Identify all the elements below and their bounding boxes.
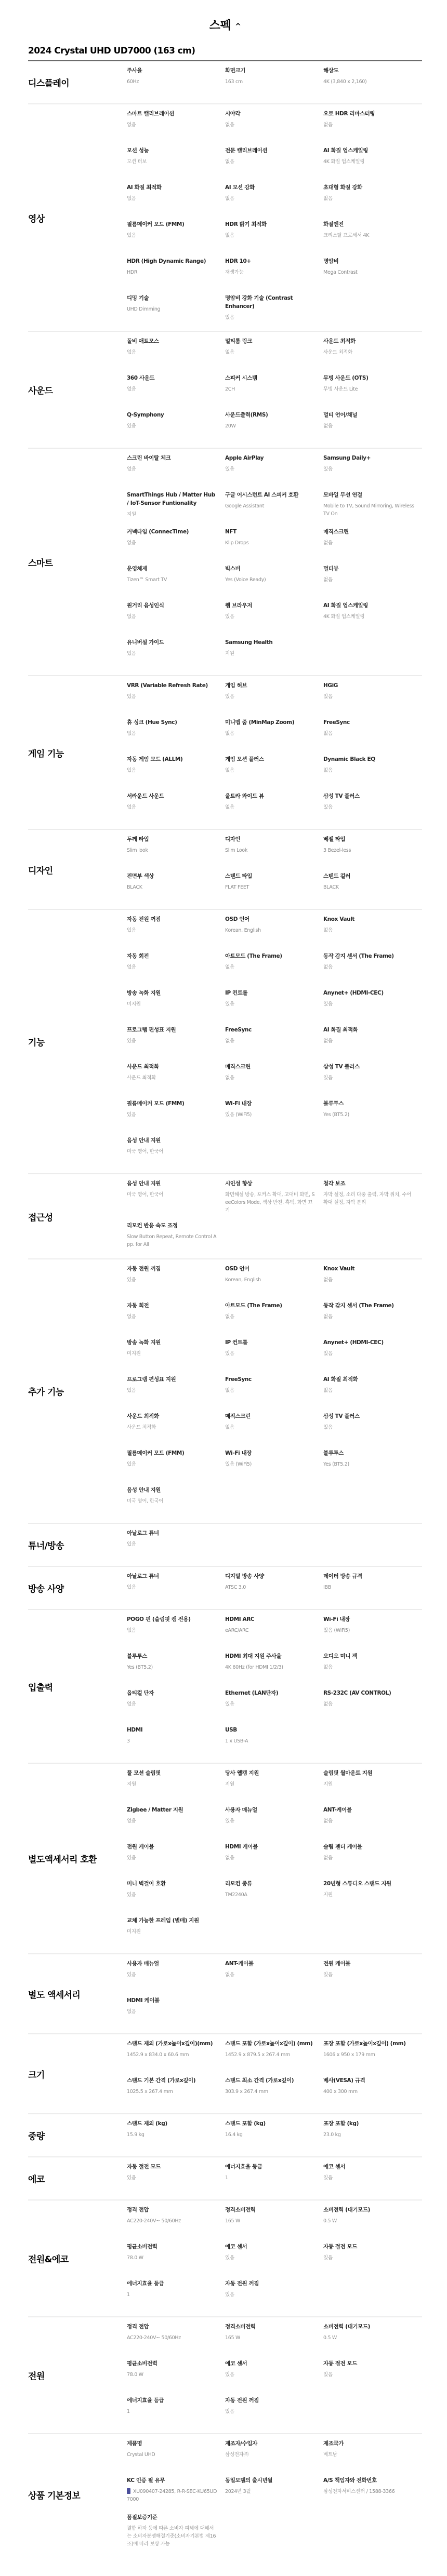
spec-item-label: VRR (Variable Refresh Rate) bbox=[127, 681, 218, 690]
spec-category-label: 방송 사양 bbox=[28, 1572, 127, 1609]
spec-item-label: HGiG bbox=[323, 681, 414, 690]
spec-item: 자동 절전 모드있음 bbox=[323, 2243, 422, 2279]
spec-item-label: 방송 녹화 지원 bbox=[127, 1338, 218, 1347]
spec-item: 음성 안내 지원미국 영어, 한국어 bbox=[127, 1136, 225, 1173]
spec-item: 휴 싱크 (Hue Sync)없음 bbox=[127, 718, 225, 755]
spec-item-label: Wi-Fi 내장 bbox=[225, 1449, 316, 1457]
spec-item-value: 없음 bbox=[127, 348, 218, 356]
spec-item-label: 필름메이커 모드 (FMM) bbox=[127, 220, 218, 229]
spec-item-label: 화질엔진 bbox=[323, 220, 414, 229]
spec-item: 구글 어시스턴트 AI 스피커 호환Google Assistant bbox=[225, 491, 323, 528]
spec-item-label: 블루투스 bbox=[127, 1652, 218, 1660]
spec-item-label: 스탠드 타입 bbox=[225, 872, 316, 880]
spec-item-label: 자동 전원 꺼짐 bbox=[225, 2396, 316, 2405]
spec-item-label: AI 화질 업스케일링 bbox=[323, 601, 414, 610]
spec-item: 스탠드 타입FLAT FEET bbox=[225, 872, 323, 909]
spec-item-value: Klip Drops bbox=[225, 539, 316, 547]
spec-item: 필름메이커 모드 (FMM)있음 bbox=[127, 1449, 225, 1486]
spec-item: 사운드출력(RMS)20W bbox=[225, 411, 323, 448]
spec-item-value: Tizen™ Smart TV bbox=[127, 576, 218, 584]
spec-item: FreeSync없음 bbox=[225, 1026, 323, 1063]
spec-item-value: AC220-240V~ 50/60Hz bbox=[127, 2334, 218, 2342]
spec-item-value: 15.9 kg bbox=[127, 2131, 218, 2139]
spec-item: 소비전력 (대기모드)0.5 W bbox=[323, 2206, 422, 2243]
spec-item-value: 4K (3,840 x 2,160) bbox=[323, 78, 414, 86]
spec-item: Apple AirPlay있음 bbox=[225, 454, 323, 491]
spec-item-label: 자동 절전 모드 bbox=[323, 2243, 414, 2251]
spec-item-value: Google Assistant bbox=[225, 502, 316, 510]
spec-item-label: POGO 핀 (슬림핏 캠 전용) bbox=[127, 1615, 218, 1624]
spec-item: 포장 포함 (가로x높이x깊이) (mm)1606 x 950 x 179 mm bbox=[323, 2040, 422, 2076]
spec-item-label: 매직스크린 bbox=[225, 1063, 316, 1071]
spec-item: HGiG있음 bbox=[323, 681, 422, 718]
spec-section: 에코자동 절전 모드있음에너지효율 등급1에코 센서있음 bbox=[28, 2157, 422, 2201]
spec-item-label: 데이터 방송 규격 bbox=[323, 1572, 414, 1580]
spec-item-label: 에코 센서 bbox=[323, 2163, 414, 2171]
spec-item: 울트라 와이드 뷰없음 bbox=[225, 792, 323, 829]
spec-item-label: 자동 회전 bbox=[127, 1302, 218, 1310]
spec-item-value: 없음 bbox=[225, 1387, 316, 1394]
spec-item: 커넥타임 (ConnecTime)없음 bbox=[127, 528, 225, 565]
spec-item: POGO 핀 (슬림핏 캠 전용)없음 bbox=[127, 1615, 225, 1652]
spec-item: 게임 허브있음 bbox=[225, 681, 323, 718]
spec-item-value: 78.0 W bbox=[127, 2371, 218, 2379]
spec-item-value: 있음 bbox=[127, 767, 218, 774]
spec-item-label: 평균소비전력 bbox=[127, 2243, 218, 2251]
spec-item-value: 없음 bbox=[127, 803, 218, 811]
spec-section: 기능자동 전원 꺼짐있음OSD 언어Korean, EnglishKnox Va… bbox=[28, 910, 422, 1174]
spec-item-label: 사운드 최적화 bbox=[127, 1063, 218, 1071]
spec-item: HDR (High Dynamic Range)HDR bbox=[127, 257, 225, 294]
spec-item-label: HDR 10+ bbox=[225, 257, 316, 265]
spec-item: 화질엔진크리스탈 프로세서 4K bbox=[323, 220, 422, 257]
spec-title[interactable]: 스펙^ bbox=[209, 17, 241, 33]
spec-item-value: 있음 bbox=[323, 2254, 414, 2262]
spec-item-label: 동작 감지 센서 (The Frame) bbox=[323, 952, 414, 960]
spec-item: 스탠드 포함 (가로x높이x깊이) (mm)1452.9 x 879.5 x 2… bbox=[225, 2040, 323, 2076]
spec-item-value: 있음 bbox=[127, 1111, 218, 1119]
spec-item-label: 시인성 향상 bbox=[225, 1179, 316, 1188]
spec-item-value: 재생가능 bbox=[225, 269, 316, 276]
spec-item-value: 165 W bbox=[225, 2334, 316, 2342]
spec-item-value: 있음 bbox=[225, 693, 316, 701]
spec-item-label: 음성 안내 지원 bbox=[127, 1179, 218, 1188]
spec-item: HDMI 케이블없음 bbox=[127, 1996, 225, 2033]
spec-items-grid: 풀 모션 슬림핏지원당사 웹캠 지원지원슬림핏 월마운트 지원지원Zigbee … bbox=[127, 1769, 422, 1953]
spec-category-label: 기능 bbox=[28, 915, 127, 1173]
spec-item: USB1 x USB-A bbox=[225, 1726, 323, 1763]
spec-category-label: 입출력 bbox=[28, 1615, 127, 1763]
spec-item-label: 에코 센서 bbox=[225, 2359, 316, 2368]
spec-item-value: UHD Dimming bbox=[127, 305, 218, 313]
spec-item-value: 크리스탈 프로세서 4K bbox=[323, 232, 414, 239]
spec-category-label: 게임 기능 bbox=[28, 681, 127, 829]
spec-item: 동작 감지 센서 (The Frame)없음 bbox=[323, 952, 422, 989]
spec-item: 주사율60Hz bbox=[127, 66, 225, 103]
spec-item-label: Wi-Fi 내장 bbox=[225, 1099, 316, 1108]
spec-item-label: 스크린 바이탈 체크 bbox=[127, 454, 218, 462]
spec-item-value: 없음 bbox=[127, 963, 218, 971]
spec-item: 모바일 무선 연결Mobile to TV, Sound Mirroring, … bbox=[323, 491, 422, 528]
spec-items-grid: 두께 타입Slim look디자인Slim Look베젤 타입3 Bezel-l… bbox=[127, 835, 422, 909]
spec-section: 영상스마트 캘리브레이션없음시야각없음오토 HDR 리마스터링없음모션 성능모션… bbox=[28, 104, 422, 332]
spec-item-value: 미국 영어, 한국어 bbox=[127, 1148, 218, 1156]
spec-category-label: 전원&에코 bbox=[28, 2206, 127, 2316]
spec-item: 제조국가베트남 bbox=[323, 2439, 422, 2476]
spec-item-value: 0.5 W bbox=[323, 2334, 414, 2342]
spec-item-label: 자동 절전 모드 bbox=[127, 2163, 218, 2171]
spec-item: FreeSync없음 bbox=[225, 1375, 323, 1412]
spec-item-value: 삼성전자서비스센터 / 1588-3366 bbox=[323, 2488, 414, 2496]
spec-item-value: 없음 bbox=[323, 963, 414, 971]
spec-item: 필름메이커 모드 (FMM)있음 bbox=[127, 220, 225, 257]
spec-item-value: 1 bbox=[225, 2174, 316, 2182]
spec-item-label: 멀티뷰 bbox=[323, 565, 414, 573]
spec-category-label: 중량 bbox=[28, 2119, 127, 2156]
spec-item-label: 사운드출력(RMS) bbox=[225, 411, 316, 419]
spec-item-value: 있음 bbox=[225, 1000, 316, 1008]
spec-item: IP 컨트롤있음 bbox=[225, 1338, 323, 1375]
spec-item-value: 2CH bbox=[225, 385, 316, 393]
spec-item-value: 있음 (WiFi5) bbox=[323, 1627, 414, 1634]
spec-item-label: 정격 전압 bbox=[127, 2206, 218, 2214]
spec-item-label: 빅스비 bbox=[225, 565, 316, 573]
spec-item-label: 스탠드 포함 (가로x높이x깊이) (mm) bbox=[225, 2040, 316, 2048]
spec-item-label: 음성 안내 지원 bbox=[127, 1486, 218, 1494]
spec-item-value: 1 bbox=[127, 2408, 218, 2416]
spec-item: 자동 전원 꺼짐있음 bbox=[225, 2396, 323, 2433]
spec-item-value: 있음 (WiFi5) bbox=[225, 1111, 316, 1119]
spec-item-value: 없음 bbox=[225, 195, 316, 203]
spec-category-label: 접근성 bbox=[28, 1179, 127, 1258]
spec-item: OSD 언어Korean, English bbox=[225, 915, 323, 952]
spec-item: 아날로그 튜너있음 bbox=[127, 1529, 225, 1566]
spec-item-value: 없음 bbox=[127, 2008, 218, 2016]
spec-item-label: 슬림 젠더 케이블 bbox=[323, 1843, 414, 1851]
spec-item-label: AI 모션 강화 bbox=[225, 183, 316, 192]
spec-section: 추가 기능자동 전원 꺼짐있음OSD 언어Korean, EnglishKnox… bbox=[28, 1259, 422, 1524]
spec-item-value: 있음 bbox=[127, 927, 218, 934]
spec-item: 전원 케이블있음 bbox=[127, 1843, 225, 1880]
spec-items-grid: 제품명Crystal UHD제조자/수입자삼성전자㈜제조국가베트남KC 인증 필… bbox=[127, 2439, 422, 2555]
spec-item-label: 매직스크린 bbox=[323, 528, 414, 536]
spec-category-label: 디자인 bbox=[28, 835, 127, 909]
spec-item-value: 있음 bbox=[127, 1971, 218, 1979]
spec-item-value: 없음 bbox=[225, 803, 316, 811]
spec-items-grid: 스마트 캘리브레이션없음시야각없음오토 HDR 리마스터링없음모션 성능모션 터… bbox=[127, 110, 422, 331]
spec-item: 에너지효율 등급1 bbox=[225, 2163, 323, 2199]
spec-items-grid: 자동 전원 꺼짐있음OSD 언어Korean, EnglishKnox Vaul… bbox=[127, 1265, 422, 1523]
spec-item: 데이터 방송 규격IBB bbox=[323, 1572, 422, 1609]
spec-item: 전원 케이블있음 bbox=[323, 1960, 422, 1996]
spec-item-value: 있음 bbox=[323, 1000, 414, 1008]
spec-item-label: Anynet+ (HDMI-CEC) bbox=[323, 989, 414, 997]
spec-item-value: 무빙 사운드 Lite bbox=[323, 385, 414, 393]
spec-item-label: 정격소비전력 bbox=[225, 2323, 316, 2331]
spec-item-label: 화면크기 bbox=[225, 66, 316, 75]
spec-items-grid: POGO 핀 (슬림핏 캠 전용)없음HDMI ARCeARC/ARCWi-Fi… bbox=[127, 1615, 422, 1763]
spec-item-label: 디지털 방송 사양 bbox=[225, 1572, 316, 1580]
spec-item-value: 2024년 3월 bbox=[225, 2488, 316, 2496]
spec-item-value: 0.5 W bbox=[323, 2217, 414, 2225]
spec-item-value: Crystal UHD bbox=[127, 2451, 218, 2459]
spec-item: 평균소비전력78.0 W bbox=[127, 2359, 225, 2396]
spec-section: 전원정격 전압AC220-240V~ 50/60Hz정격소비전력165 W소비전… bbox=[28, 2317, 422, 2434]
spec-item-value: 있음 (WiFi5) bbox=[225, 1460, 316, 1468]
spec-item-label: 베젤 타입 bbox=[323, 835, 414, 843]
spec-item-value: 없음 bbox=[225, 767, 316, 774]
spec-item-value: Mega Contrast bbox=[323, 269, 414, 276]
spec-item-value: 있음 bbox=[323, 1350, 414, 1358]
spec-item-value: 1 x USB-A bbox=[225, 1737, 316, 1745]
spec-category-label: 상품 기본정보 bbox=[28, 2439, 127, 2555]
spec-item: 사운드 최적화사운드 최적화 bbox=[127, 1412, 225, 1449]
spec-toggle-header[interactable]: 스펙^ bbox=[28, 0, 422, 42]
spec-item-value: 없음 bbox=[225, 232, 316, 239]
spec-section: 별도액세서리 호환풀 모션 슬림핏지원당사 웹캠 지원지원슬림핏 월마운트 지원… bbox=[28, 1764, 422, 1954]
spec-item: Samsung Daily+있음 bbox=[323, 454, 422, 491]
spec-item: 프로그램 편성표 지원있음 bbox=[127, 1026, 225, 1063]
spec-item-label: 시야각 bbox=[225, 110, 316, 118]
spec-item: 서라운드 사운드없음 bbox=[127, 792, 225, 829]
spec-item: 제품명Crystal UHD bbox=[127, 2439, 225, 2476]
spec-item-label: 모션 성능 bbox=[127, 146, 218, 155]
spec-item-value: 없음 bbox=[225, 963, 316, 971]
spec-item-label: USB bbox=[225, 1726, 316, 1734]
spec-item: 스탠드 기본 간격 (가로x깊이)1025.5 x 267.4 mm bbox=[127, 2076, 225, 2113]
spec-item: 전면부 색상BLACK bbox=[127, 872, 225, 909]
spec-item-value: 지원 bbox=[225, 650, 316, 658]
spec-item: 화면크기163 cm bbox=[225, 66, 323, 103]
spec-item-label: 아날로그 튜너 bbox=[127, 1572, 218, 1580]
spec-item-value: 지원 bbox=[127, 511, 218, 518]
spec-item-value: 78.0 W bbox=[127, 2254, 218, 2262]
spec-item-label: 베사(VESA) 규격 bbox=[323, 2076, 414, 2085]
spec-item: 동일모델의 출시년월2024년 3월 bbox=[225, 2476, 323, 2513]
spec-item-label: 주사율 bbox=[127, 66, 218, 75]
spec-item-label: 휴 싱크 (Hue Sync) bbox=[127, 718, 218, 727]
spec-section: 중량스탠드 제외 (kg)15.9 kg스탠드 포함 (kg)16.4 kg포장… bbox=[28, 2114, 422, 2157]
spec-item: 베젤 타입3 Bezel-less bbox=[323, 835, 422, 872]
spec-item: 두께 타입Slim look bbox=[127, 835, 225, 872]
spec-item-label: 게임 모션 플러스 bbox=[225, 755, 316, 763]
spec-item-label: OSD 언어 bbox=[225, 1265, 316, 1273]
spec-item-value: 400 x 300 mm bbox=[323, 2088, 414, 2096]
spec-item-value: XU090407-24285, R-R-SEC-KU65UD7000 bbox=[127, 2488, 218, 2503]
spec-item-label: 슬림핏 월마운트 지원 bbox=[323, 1769, 414, 1777]
spec-item: 리모컨 반응 속도 조정Slow Button Repeat, Remote C… bbox=[127, 1222, 225, 1258]
spec-item-label: 울트라 와이드 뷰 bbox=[225, 792, 316, 800]
spec-item: A/S 책임자와 전화번호삼성전자서비스센터 / 1588-3366 bbox=[323, 2476, 422, 2513]
spec-item-label: HDR 밝기 최적화 bbox=[225, 220, 316, 229]
spec-item: 에코 센서있음 bbox=[323, 2163, 422, 2199]
spec-item: 에너지효율 등급1 bbox=[127, 2396, 225, 2433]
spec-item: 시야각없음 bbox=[225, 110, 323, 146]
spec-item-value: 있음 bbox=[127, 232, 218, 239]
spec-item: 돌비 애트모스없음 bbox=[127, 337, 225, 374]
spec-item-label: 자동 전원 꺼짐 bbox=[225, 2279, 316, 2288]
spec-item-value: 자막 설정, 소리 다중 출력, 자막 위치, 수어 확대 설정, 자막 분리 bbox=[323, 1191, 414, 1206]
spec-item: AI 화질 업스케일링4K 화질 업스케일링 bbox=[323, 146, 422, 183]
spec-item: 게임 모션 플러스없음 bbox=[225, 755, 323, 792]
spec-category-label: 별도액세서리 호환 bbox=[28, 1769, 127, 1953]
spec-item-label: 필름메이커 모드 (FMM) bbox=[127, 1099, 218, 1108]
spec-item: HDMI 케이블없음 bbox=[225, 1843, 323, 1880]
spec-section: 크기스탠드 제외 (가로x높이x깊이)(mm)1452.9 x 834.0 x … bbox=[28, 2034, 422, 2114]
spec-item-value: 없음 bbox=[225, 1313, 316, 1321]
spec-item: 에코 센서있음 bbox=[225, 2243, 323, 2279]
spec-item-value: 3 Bezel-less bbox=[323, 847, 414, 854]
spec-item-value: 있음 bbox=[225, 2371, 316, 2379]
spec-item-label: SmartThings Hub / Matter Hub / IoT-Senso… bbox=[127, 491, 218, 507]
spec-item-label: 평균소비전력 bbox=[127, 2359, 218, 2368]
spec-item-value: 사운드 최적화 bbox=[127, 1424, 218, 1431]
spec-item-label: ANT-케이블 bbox=[323, 1806, 414, 1814]
spec-item-value: 지원 bbox=[323, 1780, 414, 1788]
spec-item-value: Yes (BT5.2) bbox=[323, 1460, 414, 1468]
spec-item-value: 165 W bbox=[225, 2217, 316, 2225]
spec-title-text: 스펙 bbox=[209, 19, 231, 32]
spec-item-label: 리모컨 반응 속도 조정 bbox=[127, 1222, 218, 1230]
spec-item-label: 서라운드 사운드 bbox=[127, 792, 218, 800]
spec-item: 에너지효율 등급1 bbox=[127, 2279, 225, 2316]
spec-item-value: FLAT FEET bbox=[225, 883, 316, 891]
spec-item-value: 미지원 bbox=[127, 1350, 218, 1358]
spec-item: 삼성 TV 플러스있음 bbox=[323, 1412, 422, 1449]
spec-item-label: 두께 타입 bbox=[127, 835, 218, 843]
spec-item-value: 베트남 bbox=[323, 2451, 414, 2459]
spec-item: 명암비 강화 기술 (Contrast Enhancer)있음 bbox=[225, 294, 323, 331]
spec-item: 필름메이커 모드 (FMM)있음 bbox=[127, 1099, 225, 1136]
spec-item-label: 스탠드 포함 (kg) bbox=[225, 2119, 316, 2128]
spec-item: FreeSync없음 bbox=[323, 718, 422, 755]
spec-item-value: 있음 bbox=[225, 613, 316, 621]
spec-category-label: 추가 기능 bbox=[28, 1265, 127, 1523]
spec-item: 소비전력 (대기모드)0.5 W bbox=[323, 2323, 422, 2359]
spec-item-label: 360 사운드 bbox=[127, 374, 218, 382]
spec-item: 무빙 사운드 (OTS)무빙 사운드 Lite bbox=[323, 374, 422, 411]
spec-item-label: 풀 모션 슬림핏 bbox=[127, 1769, 218, 1777]
spec-item-value: 없음 bbox=[225, 121, 316, 129]
spec-item-value: 없음 bbox=[127, 121, 218, 129]
spec-item-label: 당사 웹캠 지원 bbox=[225, 1769, 316, 1777]
spec-items-grid: 정격 전압AC220-240V~ 50/60Hz정격소비전력165 W소비전력 … bbox=[127, 2323, 422, 2433]
spec-item-label: 돌비 애트모스 bbox=[127, 337, 218, 345]
spec-item: 미니 벽걸이 호환있음 bbox=[127, 1880, 225, 1916]
spec-item: 블루투스Yes (BT5.2) bbox=[323, 1449, 422, 1486]
spec-item-label: 스탠드 제외 (kg) bbox=[127, 2119, 218, 2128]
spec-item-label: 에코 센서 bbox=[225, 2243, 316, 2251]
spec-item-label: 스피커 시스템 bbox=[225, 374, 316, 382]
spec-item-value: 있음 bbox=[127, 1276, 218, 1284]
spec-item-label: 멀티 언어/채널 bbox=[323, 411, 414, 419]
spec-item-value: 60Hz bbox=[127, 78, 218, 86]
spec-item-value: 있음 bbox=[323, 693, 414, 701]
spec-item-label: 자동 절전 모드 bbox=[323, 2359, 414, 2368]
spec-category-label: 사운드 bbox=[28, 337, 127, 448]
spec-item-label: 자동 회전 bbox=[127, 952, 218, 960]
spec-item-value: Korean, English bbox=[225, 1276, 316, 1284]
spec-item: 포장 포함 (kg)23.0 kg bbox=[323, 2119, 422, 2156]
spec-item-label: 청각 보조 bbox=[323, 1179, 414, 1188]
spec-category-label: 에코 bbox=[28, 2163, 127, 2199]
spec-items-grid: 스탠드 제외 (가로x높이x깊이)(mm)1452.9 x 834.0 x 60… bbox=[127, 2040, 422, 2113]
spec-item: 자동 게임 모드 (ALLM)있음 bbox=[127, 755, 225, 792]
spec-section: 디스플레이주사율60Hz화면크기163 cm해상도4K (3,840 x 2,1… bbox=[28, 61, 422, 104]
spec-item: 자동 절전 모드있음 bbox=[323, 2359, 422, 2396]
spec-item: HDR 10+재생가능 bbox=[225, 257, 323, 294]
spec-item-label: HDMI ARC bbox=[225, 1615, 316, 1624]
spec-items-grid: 사용자 매뉴얼있음ANT-케이블없음전원 케이블있음HDMI 케이블없음 bbox=[127, 1960, 422, 2033]
spec-item-value: 1025.5 x 267.4 mm bbox=[127, 2088, 218, 2096]
spec-item: 멀티룸 링크없음 bbox=[225, 337, 323, 374]
spec-item: 정격소비전력165 W bbox=[225, 2206, 323, 2243]
spec-item-label: 정격소비전력 bbox=[225, 2206, 316, 2214]
spec-item: 자동 전원 꺼짐있음 bbox=[225, 2279, 323, 2316]
chevron-up-icon[interactable]: ^ bbox=[235, 22, 241, 31]
spec-item-label: 오디오 미니 잭 bbox=[323, 1652, 414, 1660]
spec-item-label: 초대형 화질 강화 bbox=[323, 183, 414, 192]
spec-item-value: 16.4 kg bbox=[225, 2131, 316, 2139]
spec-section: 상품 기본정보제품명Crystal UHD제조자/수입자삼성전자㈜제조국가베트남… bbox=[28, 2434, 422, 2555]
spec-item: 매직스크린없음 bbox=[323, 528, 422, 565]
spec-item: 20년형 스튜디오 스탠드 지원지원 bbox=[323, 1880, 422, 1916]
spec-item-label: 소비전력 (대기모드) bbox=[323, 2323, 414, 2331]
spec-item-label: AI 화질 최적화 bbox=[127, 183, 218, 192]
spec-item-value: HDR bbox=[127, 269, 218, 276]
spec-item-label: HDMI 최대 지원 주사율 bbox=[225, 1652, 316, 1660]
spec-item-value: BLACK bbox=[127, 883, 218, 891]
spec-item-value: 있음 bbox=[225, 314, 316, 321]
spec-item-value: ATSC 3.0 bbox=[225, 1584, 316, 1591]
spec-item-label: 포장 포함 (kg) bbox=[323, 2119, 414, 2128]
spec-item-label: 웹 브라우저 bbox=[225, 601, 316, 610]
spec-items-grid: 주사율60Hz화면크기163 cm해상도4K (3,840 x 2,160) bbox=[127, 66, 422, 103]
spec-item-label: 품질보증기준 bbox=[127, 2513, 218, 2521]
spec-item-label: FreeSync bbox=[225, 1026, 316, 1034]
spec-item-label: Ethernet (LAN단자) bbox=[225, 1689, 316, 1697]
spec-item-label: Knox Vault bbox=[323, 915, 414, 923]
spec-item: HDMI3 bbox=[127, 1726, 225, 1763]
spec-item: 오디오 미니 잭없음 bbox=[323, 1652, 422, 1689]
spec-item-value: 있음 bbox=[127, 1387, 218, 1394]
spec-items-grid: VRR (Variable Refresh Rate)있음게임 허브있음HGiG… bbox=[127, 681, 422, 829]
spec-item-value: Mobile to TV, Sound Mirroring, Wireless … bbox=[323, 502, 414, 518]
spec-section: 입출력POGO 핀 (슬림핏 캠 전용)없음HDMI ARCeARC/ARCWi… bbox=[28, 1610, 422, 1764]
spec-item-label: 명암비 bbox=[323, 257, 414, 265]
spec-item: Knox Vault없음 bbox=[323, 1265, 422, 1302]
spec-item-value: 있음 bbox=[225, 1350, 316, 1358]
spec-item: 정격소비전력165 W bbox=[225, 2323, 323, 2359]
spec-item-label: 전원 케이블 bbox=[323, 1960, 414, 1968]
spec-items-grid: 자동 전원 꺼짐있음OSD 언어Korean, EnglishKnox Vaul… bbox=[127, 915, 422, 1173]
spec-item-value: 있음 bbox=[323, 2174, 414, 2182]
spec-item: ANT-케이블없음 bbox=[225, 1960, 323, 1996]
spec-item: 풀 모션 슬림핏지원 bbox=[127, 1769, 225, 1806]
spec-item: 자동 전원 꺼짐있음 bbox=[127, 1265, 225, 1302]
spec-item-value: 있음 bbox=[225, 1817, 316, 1825]
spec-item: 방송 녹화 지원미지원 bbox=[127, 1338, 225, 1375]
spec-item-label: 스탠드 기본 간격 (가로x깊이) bbox=[127, 2076, 218, 2085]
spec-item: 블루투스Yes (BT5.2) bbox=[323, 1099, 422, 1136]
spec-item: 품질보증기준결함 하자 등에 따른 소비자 피해에 대해서는 소비자분쟁해결기준… bbox=[127, 2513, 225, 2555]
spec-item: Knox Vault없음 bbox=[323, 915, 422, 952]
product-title: 2024 Crystal UHD UD7000 (163 cm) bbox=[28, 42, 422, 61]
spec-item-label: 스탠드 최소 간격 (가로x깊이) bbox=[225, 2076, 316, 2085]
spec-item-value: 사운드 최적화 bbox=[127, 1074, 218, 1082]
spec-item-label: 방송 녹화 지원 bbox=[127, 989, 218, 997]
spec-item-label: 매직스크린 bbox=[225, 1412, 316, 1420]
